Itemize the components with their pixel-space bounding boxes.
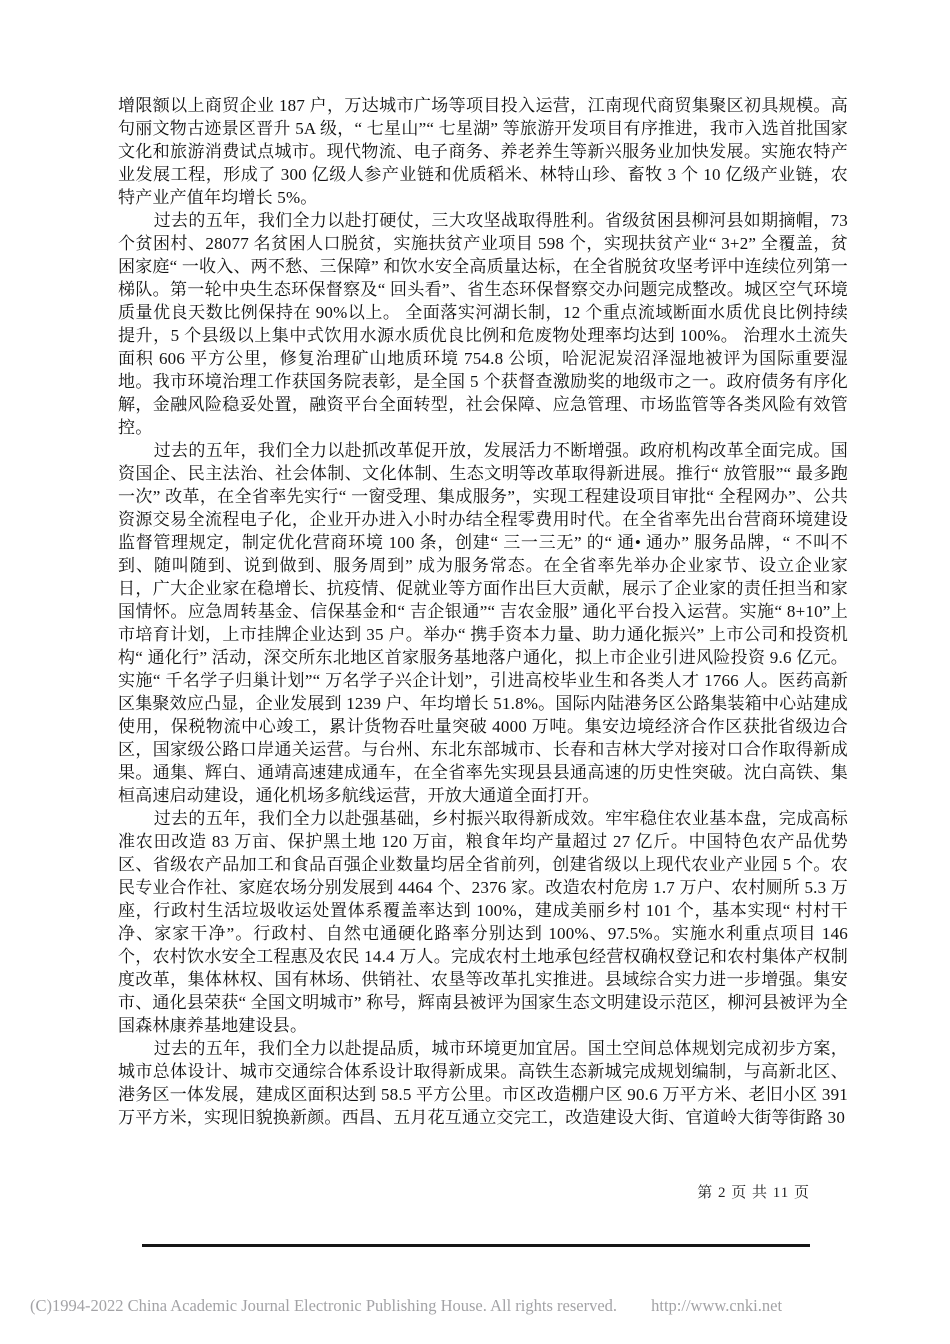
- document-page: 增限额以上商贸企业 187 户，万达城市广场等项目投入运营，江南现代商贸集聚区初…: [0, 0, 950, 1344]
- copyright-notice: (C)1994-2022 China Academic Journal Elec…: [30, 1296, 617, 1315]
- page-number: 第 2 页 共 11 页: [118, 1181, 810, 1202]
- body-paragraph-reform-opening: 过去的五年，我们全力以赴抓改革促开放，发展活力不断增强。政府机构改革全面完成。国…: [118, 439, 848, 807]
- cnki-url-link[interactable]: http://www.cnki.net: [651, 1296, 782, 1315]
- document-body: 增限额以上商贸企业 187 户，万达城市广场等项目投入运营，江南现代商贸集聚区初…: [118, 94, 848, 1129]
- body-paragraph-rural-revitalization: 过去的五年，我们全力以赴强基础，乡村振兴取得新成效。牢牢稳住农业基本盘，完成高标…: [118, 807, 848, 1037]
- copyright-bar: (C)1994-2022 China Academic Journal Elec…: [30, 1296, 930, 1316]
- footer-divider-rule: [142, 1244, 810, 1247]
- body-paragraph-three-battles: 过去的五年，我们全力以赴打硬仗，三大攻坚战取得胜利。省级贫困县柳河县如期摘帽，7…: [118, 209, 848, 439]
- body-paragraph-continuation: 增限额以上商贸企业 187 户，万达城市广场等项目投入运营，江南现代商贸集聚区初…: [118, 94, 848, 209]
- body-paragraph-urban-quality: 过去的五年，我们全力以赴提品质，城市环境更加宜居。国土空间总体规划完成初步方案，…: [118, 1037, 848, 1129]
